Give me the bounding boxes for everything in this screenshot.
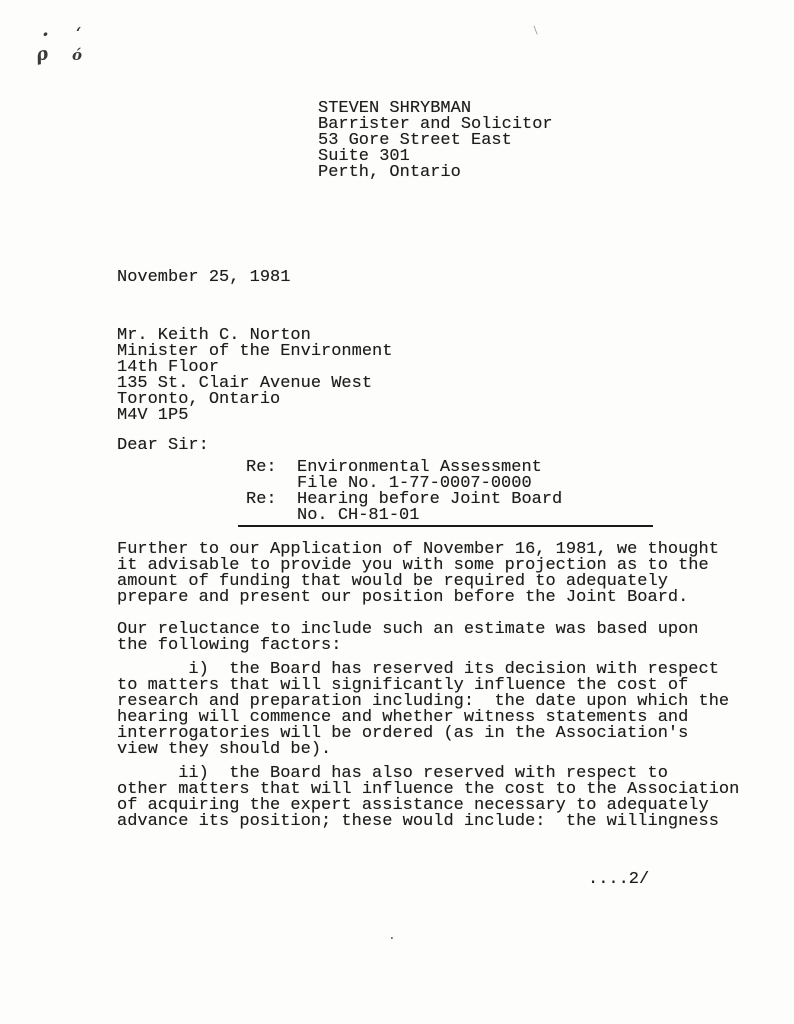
salutation: Dear Sir: [117,438,209,454]
body-paragraph-1: Further to our Application of November 1… [117,542,719,606]
scanned-letter-page: · ʻ ρ ó \ . STEVEN SHRYBMAN Barrister an… [0,0,794,1024]
scan-speck: . [388,928,396,943]
scan-speck: \ [531,26,539,39]
handwritten-pen-mark: ρ [34,43,50,66]
body-paragraph-2: Our reluctance to include such an estima… [117,622,699,654]
body-paragraph-ii: ii) the Board has also reserved with res… [117,766,739,830]
letterhead: STEVEN SHRYBMAN Barrister and Solicitor … [318,101,553,181]
body-paragraph-i: i) the Board has reserved its decision w… [117,662,729,758]
re-subject-block: Re: Environmental Assessment File No. 1-… [238,460,653,527]
handwritten-pen-mark: ʻ [76,24,81,42]
date-line: November 25, 1981 [117,270,290,286]
recipient-address: Mr. Keith C. Norton Minister of the Envi… [117,328,392,424]
handwritten-pen-mark: ó [72,46,82,64]
page-continuation-marker: ....2/ [588,872,649,888]
